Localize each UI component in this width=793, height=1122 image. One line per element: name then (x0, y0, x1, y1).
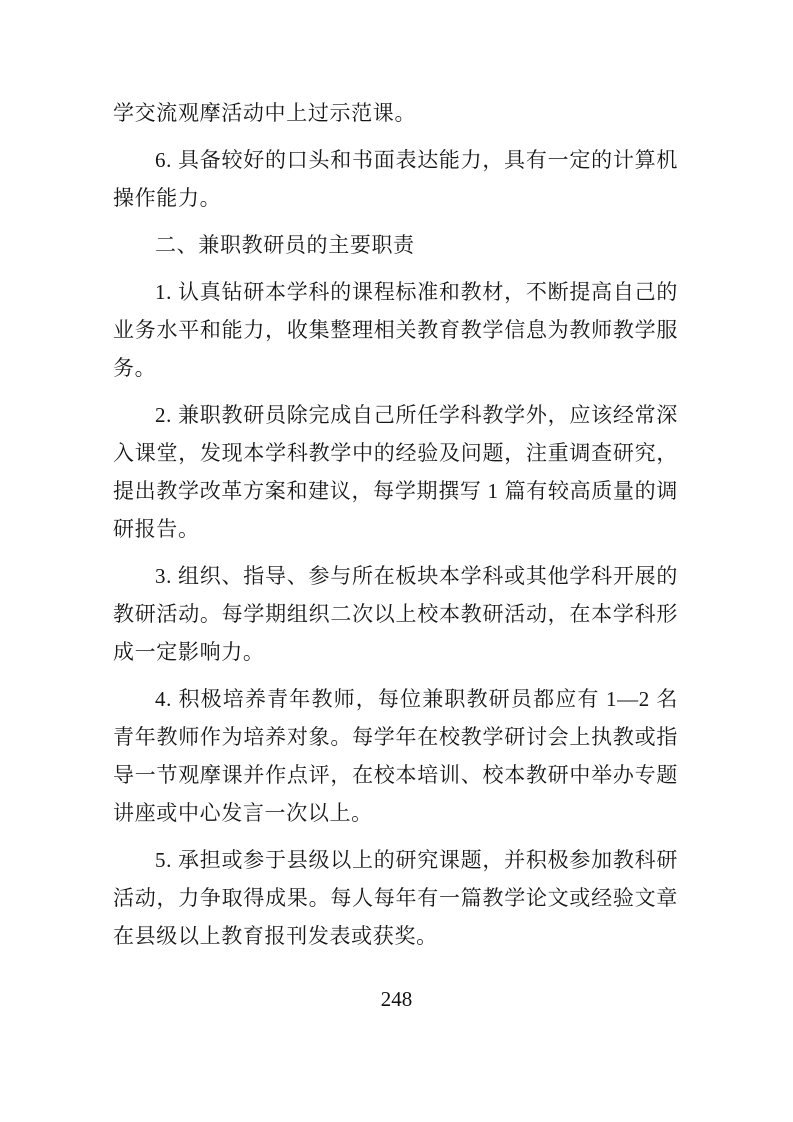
paragraph-duty-1: 1. 认真钻研本学科的课程标准和教材，不断提高自己的业务水平和能力，收集整理相关… (113, 273, 678, 387)
paragraph-duty-3: 3. 组织、指导、参与所在板块本学科或其他学科开展的教研活动。每学期组织二次以上… (113, 557, 678, 671)
paragraph-duty-4: 4. 积极培养青年教师，每位兼职教研员都应有 1—2 名青年教师作为培养对象。每… (113, 680, 678, 832)
paragraph-item-6: 6. 具备较好的口头和书面表达能力，具有一定的计算机操作能力。 (113, 141, 678, 217)
paragraph-continuation: 学交流观摩活动中上过示范课。 (113, 94, 678, 132)
page-number: 248 (0, 984, 793, 1014)
document-page: 学交流观摩活动中上过示范课。 6. 具备较好的口头和书面表达能力，具有一定的计算… (0, 0, 793, 1122)
section-heading: 二、兼职教研员的主要职责 (113, 226, 678, 264)
paragraph-duty-5: 5. 承担或参于县级以上的研究课题，并积极参加教科研活动，力争取得成果。每人每年… (113, 841, 678, 955)
paragraph-duty-2: 2. 兼职教研员除完成自己所任学科教学外，应该经常深入课堂，发现本学科教学中的经… (113, 396, 678, 548)
